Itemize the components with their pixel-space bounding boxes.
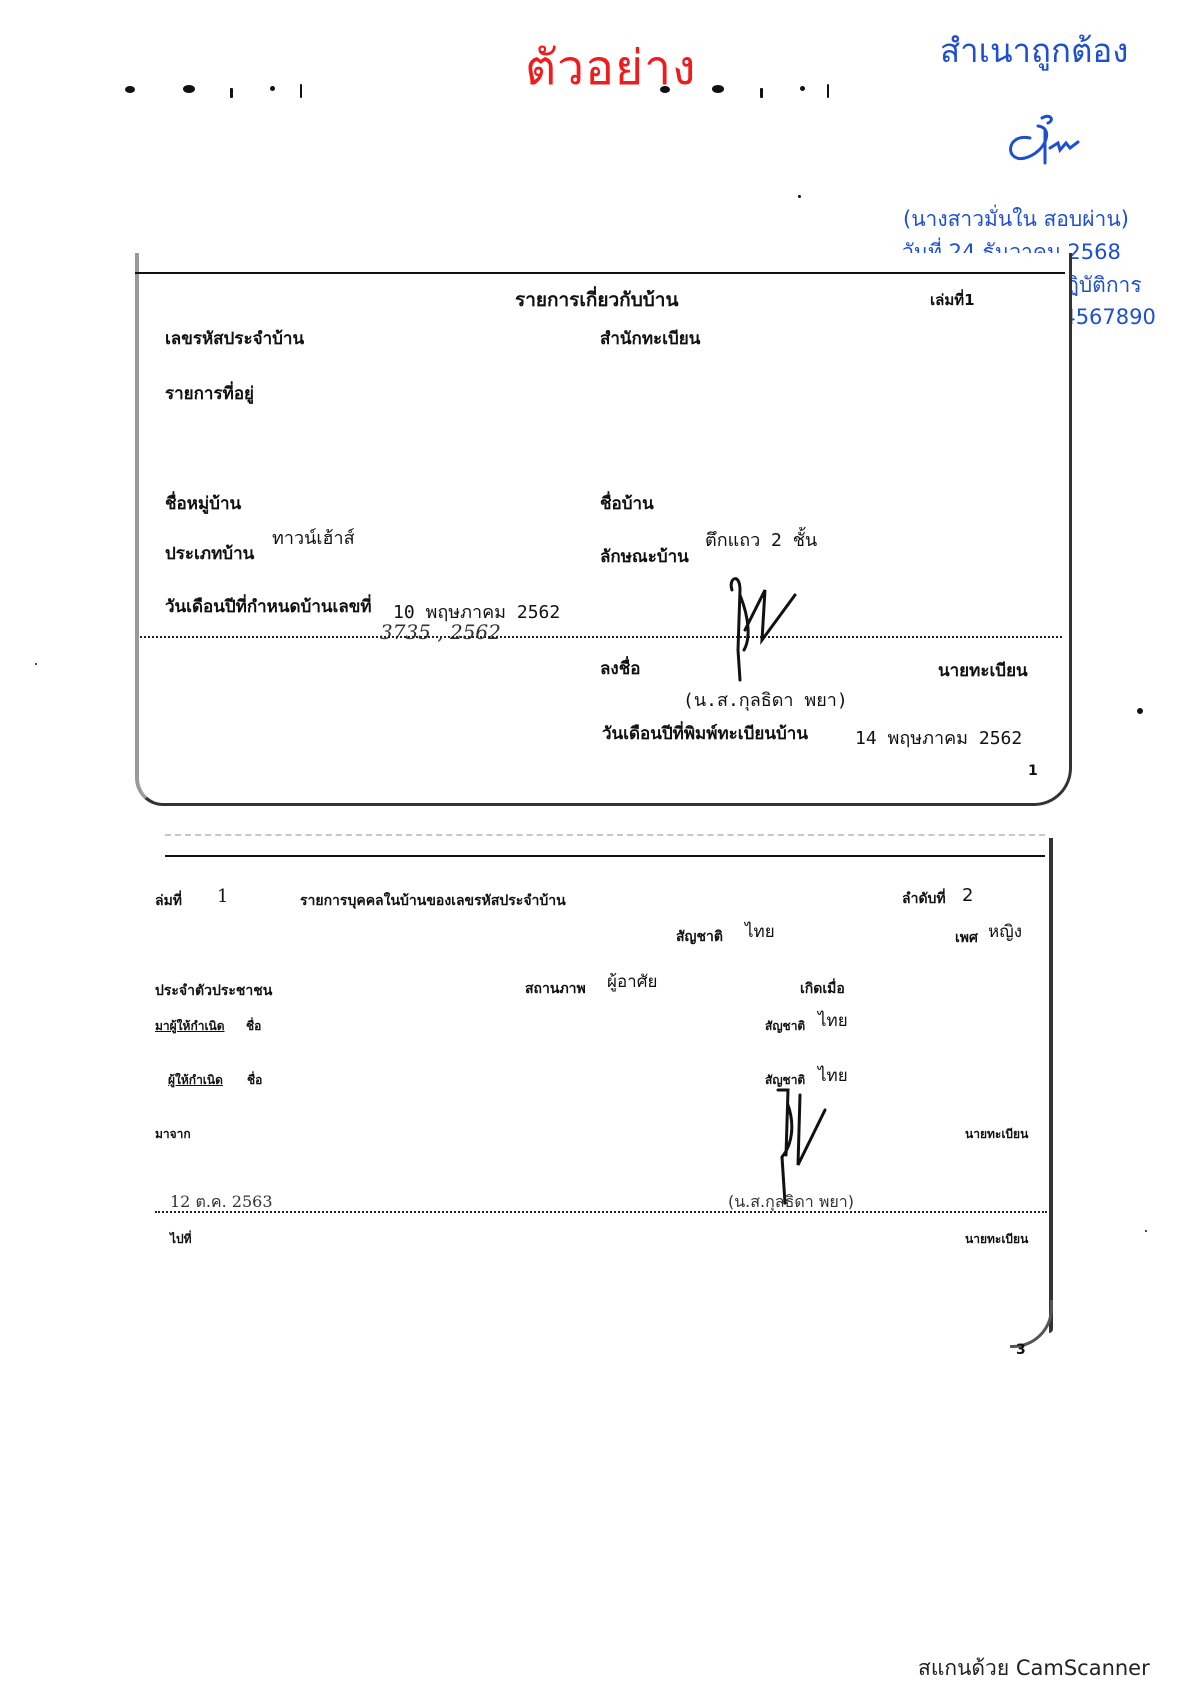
status-label: สถานภาพ — [525, 978, 586, 1000]
nationality-value: ไทย — [745, 918, 775, 945]
card-corner — [1010, 1300, 1053, 1348]
order-label: ลำดับที่ — [902, 888, 946, 910]
certifier-name: (นางสาวมั่นใน สอบผ่าน) — [903, 203, 1129, 236]
registrar-signature-icon — [720, 570, 800, 690]
moved-from-label: มาจาก — [155, 1125, 191, 1144]
print-date-label: วันเดือนปีที่พิมพ์ทะเบียนบ้าน — [602, 720, 808, 747]
nationality-label: สัญชาติ — [676, 926, 723, 948]
citizen-id-label: ประจำตัวประชาชน — [155, 980, 272, 1002]
father-name-label: ชื่อ — [247, 1071, 262, 1090]
scan-noise-line — [165, 834, 1045, 836]
person-volume-label: ล่มที่ — [155, 890, 182, 912]
person-page-number: 3 — [1016, 1342, 1026, 1358]
order-value: 2 — [962, 885, 973, 906]
mother-nationality-value: ไทย — [818, 1007, 848, 1034]
house-record-title: รายการเกี่ยวกับบ้าน — [515, 285, 678, 315]
sex-value: หญิง — [988, 918, 1022, 945]
sex-label: เพศ — [955, 927, 978, 949]
person-volume-value: 1 — [217, 886, 228, 907]
handwritten-note: 3735 , 2562 — [380, 620, 501, 644]
sign-label: ลงชื่อ — [600, 655, 640, 682]
print-date-value: 14 พฤษภาคม 2562 — [855, 723, 1022, 752]
dotted-divider — [155, 1211, 1047, 1213]
person-record-title: รายการบุคคลในบ้านของเลขรหัสประจำบ้าน — [300, 890, 566, 912]
address-label: รายการที่อยู่ — [165, 380, 254, 407]
birth-label: เกิดเมื่อ — [800, 978, 845, 1000]
house-style-label: ลักษณะบ้าน — [600, 543, 689, 570]
status-value: ผู้อาศัย — [607, 968, 657, 995]
certifier-signature-icon — [1000, 108, 1120, 178]
registrar-label: นายทะเบียน — [938, 657, 1028, 684]
mother-name-label: ชื่อ — [246, 1017, 261, 1036]
divider — [165, 855, 1045, 857]
house-type-label: ประเภทบ้าน — [165, 540, 254, 567]
house-name-label: ชื่อบ้าน — [600, 490, 654, 517]
card-edge — [1049, 838, 1053, 1333]
mother-nationality-label: สัญชาติ — [765, 1017, 805, 1036]
moved-to-label: ไปที่ — [170, 1230, 192, 1249]
house-type-value: ทาวน์เฮ้าส์ — [272, 523, 355, 552]
assigned-date-label: วันเดือนปีที่กำหนดบ้านเลขที่ — [165, 593, 372, 620]
camscanner-footer: สแกนด้วย CamScanner — [918, 1652, 1150, 1685]
sample-watermark: ตัวอย่าง — [525, 30, 696, 106]
registrar-name: (น.ส.กุลธิดา พยา) — [683, 685, 848, 714]
divider — [135, 272, 1065, 274]
registrar-label-2: นายทะเบียน — [965, 1230, 1028, 1249]
house-code-label: เลขรหัสประจำบ้าน — [165, 325, 304, 352]
certified-copy-title: สำเนาถูกต้อง — [940, 24, 1128, 77]
page-number: 1 — [1028, 763, 1038, 779]
volume-label: เล่มที่1 — [930, 288, 975, 312]
mother-label: มาผู้ให้กำเนิด — [155, 1017, 225, 1036]
father-label: ผู้ให้กำเนิด — [168, 1071, 223, 1090]
registrar-label-1: นายทะเบียน — [965, 1125, 1028, 1144]
dotted-divider — [140, 636, 1062, 638]
village-name-label: ชื่อหมู่บ้าน — [165, 490, 241, 517]
house-style-value: ตึกแถว 2 ชั้น — [705, 525, 817, 554]
registry-office-label: สำนักทะเบียน — [600, 325, 700, 352]
registrar-signature-icon — [770, 1085, 845, 1205]
